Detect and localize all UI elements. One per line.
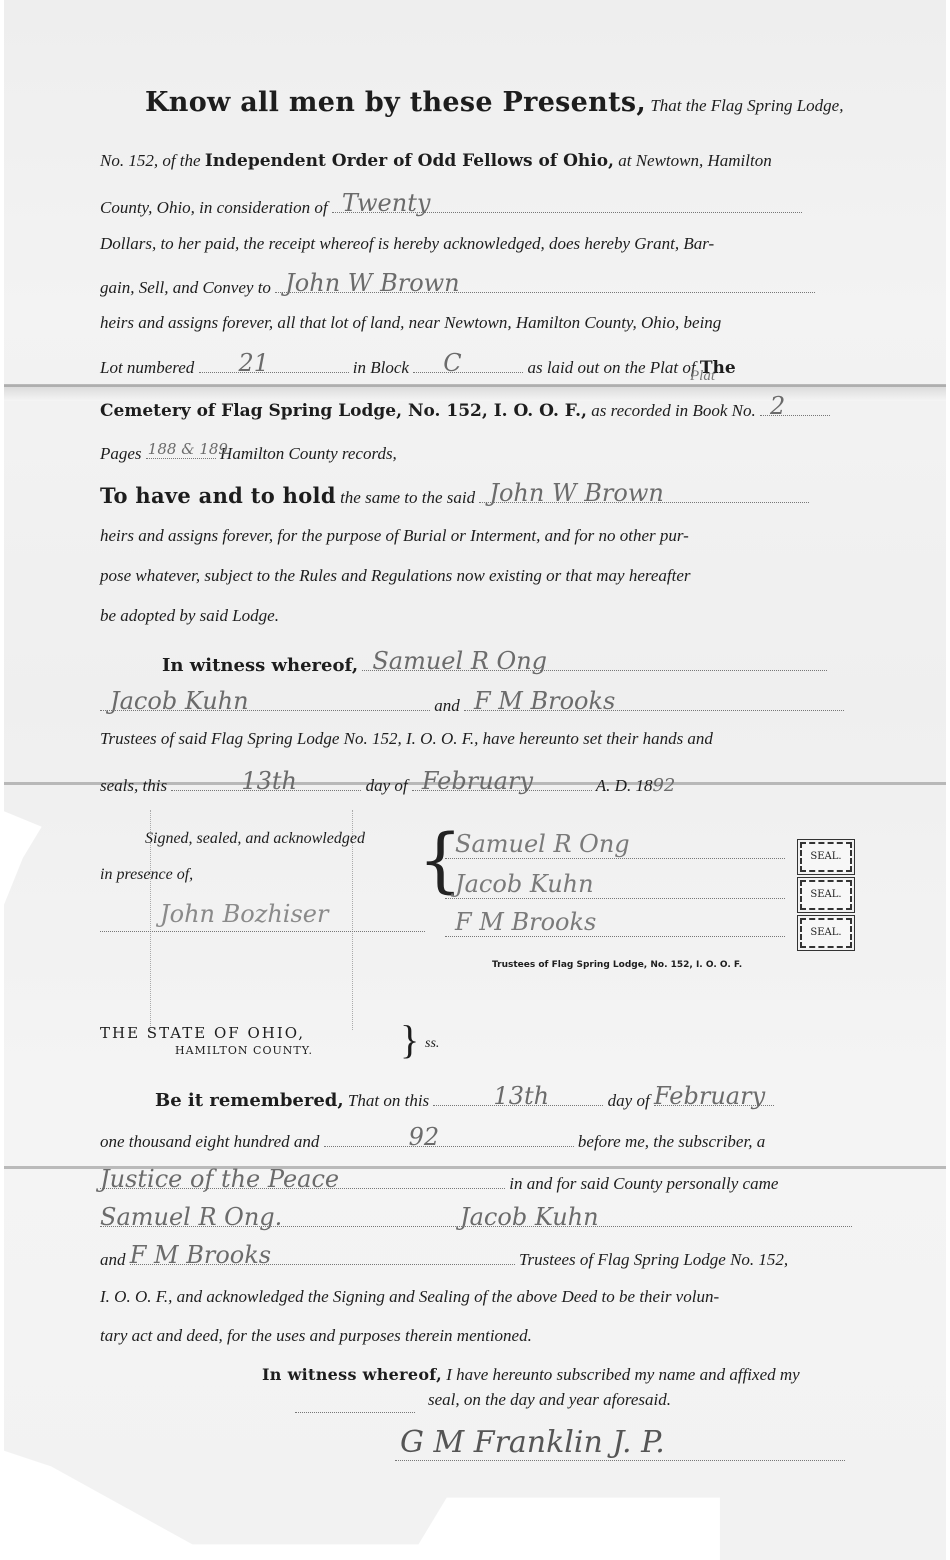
grantee-repeat-field: John W Brown — [479, 482, 809, 503]
ack-day-value: 13th — [493, 1085, 549, 1107]
aforesaid-text: seal, on the day and year aforesaid. — [428, 1390, 671, 1410]
witness-field-line — [100, 930, 425, 932]
year-label: one thousand eight hundred and — [100, 1132, 319, 1151]
trustees-tail-label: Trustees of Flag Spring Lodge No. 152, — [519, 1250, 788, 1269]
lot-field: 21 — [199, 352, 349, 373]
adopted-line: be adopted by said Lodge. — [100, 605, 852, 627]
pages-value: 188 & 189 — [148, 438, 228, 460]
order-name: Independent Order of Odd Fellows of Ohio… — [205, 151, 614, 171]
ack-day-field: 13th — [433, 1085, 603, 1106]
ack-year-field: 92 — [324, 1126, 574, 1147]
ack-line-2: tary act and deed, for the uses and purp… — [100, 1325, 852, 1347]
habendum-label: the same to the said — [340, 488, 475, 507]
location-text: at Newtown, Hamilton — [618, 151, 771, 170]
month-field: February — [412, 770, 592, 791]
brace-glyph: } — [400, 1020, 419, 1060]
names-field: Samuel R Ong. Jacob Kuhn — [100, 1206, 852, 1227]
block-value: C — [443, 352, 461, 374]
remembered-heading: Be it remembered, — [155, 1090, 344, 1111]
consideration-line: County, Ohio, in consideration of Twenty — [100, 192, 852, 219]
justice-signature: G M Franklin J. P. — [400, 1425, 665, 1460]
in-presence-label: in presence of, — [100, 866, 193, 884]
names-value-1: Samuel R Ong. — [100, 1206, 282, 1228]
on-this-label: That on this — [348, 1091, 429, 1110]
trustee-3-value: F M Brooks — [474, 690, 615, 712]
signature-brooks: F M Brooks — [455, 908, 596, 936]
county-label: HAMILTON COUNTY. — [175, 1044, 313, 1057]
signature-kuhn: Jacob Kuhn — [455, 870, 594, 898]
pages-line: Pages 188 & 189 Hamilton County records, — [100, 438, 852, 465]
county-records-label: Hamilton County records, — [220, 444, 397, 463]
day-value: 13th — [241, 770, 297, 792]
officer-value: Justice of the Peace — [100, 1168, 339, 1190]
sig-line-1 — [445, 858, 785, 859]
block-field: C — [413, 352, 523, 373]
ack-line-1: I. O. O. F., and acknowledged the Signin… — [100, 1286, 852, 1308]
seal-box: SEAL. — [800, 842, 852, 872]
lot-value: 21 — [239, 352, 270, 374]
names-line: Samuel R Ong. Jacob Kuhn — [100, 1206, 852, 1233]
habendum-heading: To have and to hold — [100, 483, 336, 508]
convey-label: gain, Sell, and Convey to — [100, 278, 271, 297]
lot-label: Lot numbered — [100, 358, 194, 377]
day-of-label: day of — [366, 776, 408, 795]
trustee-3-field: F M Brooks — [464, 690, 844, 711]
habendum-line: To have and to hold the same to the said… — [100, 482, 852, 509]
trustees-caption: Trustees of Flag Spring Lodge, No. 152, … — [492, 960, 742, 970]
grant-line: Dollars, to her paid, the receipt whereo… — [100, 233, 852, 255]
ack-month-field: February — [654, 1085, 774, 1106]
cemetery-line: Cemetery of Flag Spring Lodge, No. 152, … — [100, 395, 852, 422]
deed-heading: Know all men by these Presents, — [145, 87, 646, 118]
lot-line: Lot numbered 21 in Block C as laid out o… — [100, 352, 852, 379]
seal-field-line — [295, 1400, 415, 1413]
consideration-value: Twenty — [342, 192, 431, 214]
witness-line: In witness whereof, Samuel R Ong — [100, 650, 852, 677]
grantee-line: gain, Sell, and Convey to John W Brown — [100, 272, 852, 299]
year-suffix: 92 — [652, 775, 675, 796]
heading-tail: That the Flag Spring Lodge, — [650, 96, 843, 115]
pages-label: Pages — [100, 444, 142, 463]
witness-signature: John Bozhiser — [160, 900, 328, 928]
burial-line: heirs and assigns forever, for the purpo… — [100, 525, 852, 547]
seal-box: SEAL. — [800, 880, 852, 910]
grantee-field: John W Brown — [275, 272, 815, 293]
justice-witness-line: In witness whereof, I have hereunto subs… — [262, 1365, 800, 1385]
seals-this-label: seals, this — [100, 776, 167, 795]
names-value-2: Jacob Kuhn — [460, 1206, 599, 1228]
signature-ong: Samuel R Ong — [455, 830, 630, 858]
personally-came-label: in and for said County personally came — [509, 1174, 778, 1193]
book-value: 2 — [770, 395, 785, 417]
day-field: 13th — [171, 770, 361, 791]
officer-line: Justice of the Peace in and for said Cou… — [100, 1168, 852, 1195]
state-label: THE STATE OF OHIO, — [100, 1024, 305, 1042]
seal-box: SEAL. — [800, 918, 852, 948]
book-field: 2 — [760, 395, 830, 416]
consideration-label: County, Ohio, in consideration of — [100, 198, 328, 217]
trustees-hands-line: Trustees of said Flag Spring Lodge No. 1… — [100, 728, 852, 750]
and-label: and — [434, 696, 460, 715]
and-label: and — [100, 1250, 126, 1269]
trustee-1-field: Samuel R Ong — [362, 650, 827, 671]
pages-field: 188 & 189 — [146, 438, 216, 459]
trustee-2-field: Jacob Kuhn — [100, 690, 430, 711]
trustee-2-value: Jacob Kuhn — [110, 690, 249, 712]
ad-label: A. D. 18 — [596, 776, 653, 795]
remembered-line: Be it remembered, That on this 13th day … — [100, 1085, 852, 1112]
consideration-field: Twenty — [332, 192, 802, 213]
block-label: in Block — [353, 358, 409, 377]
ack-month-value: February — [654, 1085, 765, 1107]
ack-year-value: 92 — [409, 1126, 440, 1148]
ack-day-of-label: day of — [608, 1091, 650, 1110]
recorded-label: as recorded in — [591, 401, 688, 420]
grantee-value: John W Brown — [285, 272, 459, 294]
justice-signature-line — [395, 1460, 845, 1461]
plat-label: as laid out on the Plat of — [527, 358, 695, 377]
heading-line: Know all men by these Presents, That the… — [100, 92, 852, 117]
trustees-ack-line: and F M Brooks Trustees of Flag Spring L… — [100, 1244, 852, 1271]
signed-sealed-label: Signed, sealed, and acknowledged — [145, 830, 365, 848]
justice-witness-text: I have hereunto subscribed my name and a… — [446, 1365, 799, 1384]
lodge-line: No. 152, of the Independent Order of Odd… — [100, 150, 852, 172]
officer-field: Justice of the Peace — [100, 1168, 505, 1189]
sig-line-2 — [445, 898, 785, 899]
cemetery-name: Cemetery of Flag Spring Lodge, No. 152, … — [100, 401, 587, 421]
sig-line-3 — [445, 936, 785, 937]
witness-heading: In witness whereof, — [162, 655, 358, 676]
names-value-3: F M Brooks — [130, 1244, 271, 1266]
plat-insert: Plat — [690, 368, 715, 385]
book-label: Book No. — [692, 401, 755, 420]
names-field-3: F M Brooks — [130, 1244, 515, 1265]
fold-crease — [4, 384, 946, 387]
date-line: seals, this 13th day of February A. D. 1… — [100, 770, 852, 797]
trustee-1-value: Samuel R Ong — [372, 650, 547, 672]
before-me-label: before me, the subscriber, a — [578, 1132, 765, 1151]
month-value: February — [422, 770, 533, 792]
lodge-number-text: No. 152, of the — [100, 151, 201, 170]
rules-line: pose whatever, subject to the Rules and … — [100, 565, 852, 587]
justice-witness-heading: In witness whereof, — [262, 1365, 442, 1384]
heirs-line: heirs and assigns forever, all that lot … — [100, 312, 852, 334]
ss-label: ss. — [425, 1036, 439, 1052]
year-line: one thousand eight hundred and 92 before… — [100, 1126, 852, 1153]
trustees-names-line: Jacob Kuhn and F M Brooks — [100, 690, 852, 717]
grantee-repeat-value: John W Brown — [489, 482, 663, 504]
